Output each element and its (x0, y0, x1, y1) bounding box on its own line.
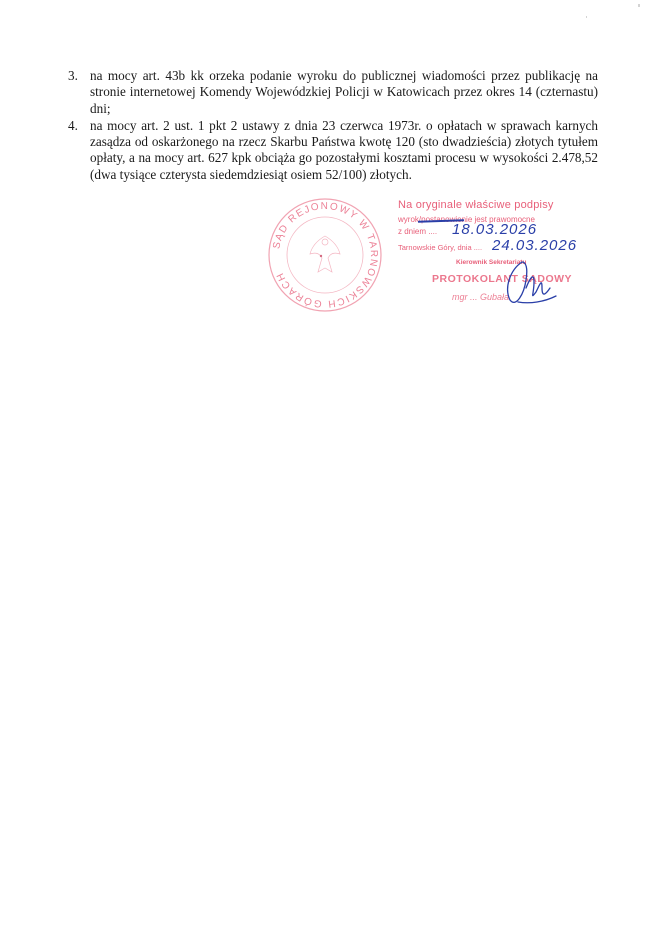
item-number: 3. (68, 68, 78, 84)
handwritten-date-valid: 18.03.2026 (452, 221, 537, 238)
stamp-place-date-label: Tarnowskie Góry, dnia .... (398, 243, 482, 252)
judgment-items-list: 3. na mocy art. 43b kk orzeka podanie wy… (66, 68, 598, 184)
scan-speck (586, 16, 587, 18)
list-item: 3. na mocy art. 43b kk orzeka podanie wy… (66, 68, 598, 117)
item-text: na mocy art. 43b kk orzeka podanie wyrok… (90, 68, 598, 117)
stamp-original-signatures: Na oryginale właściwe podpisy (398, 199, 554, 211)
document-page: 3. na mocy art. 43b kk orzeka podanie wy… (0, 0, 655, 934)
list-item: 4. na mocy art. 2 ust. 1 pkt 2 ustawy z … (66, 118, 598, 183)
scan-speck (638, 4, 640, 7)
item-number: 4. (68, 118, 78, 134)
item-text: na mocy art. 2 ust. 1 pkt 2 ustawy z dni… (90, 118, 598, 183)
stamp-date-label: z dniem .... (398, 227, 437, 236)
handwritten-date-issued: 24.03.2026 (492, 237, 577, 254)
court-seal-icon: SĄD REJONOWY W TARNOWSKICH GÓRACH (266, 196, 384, 314)
signature-icon (500, 258, 560, 308)
